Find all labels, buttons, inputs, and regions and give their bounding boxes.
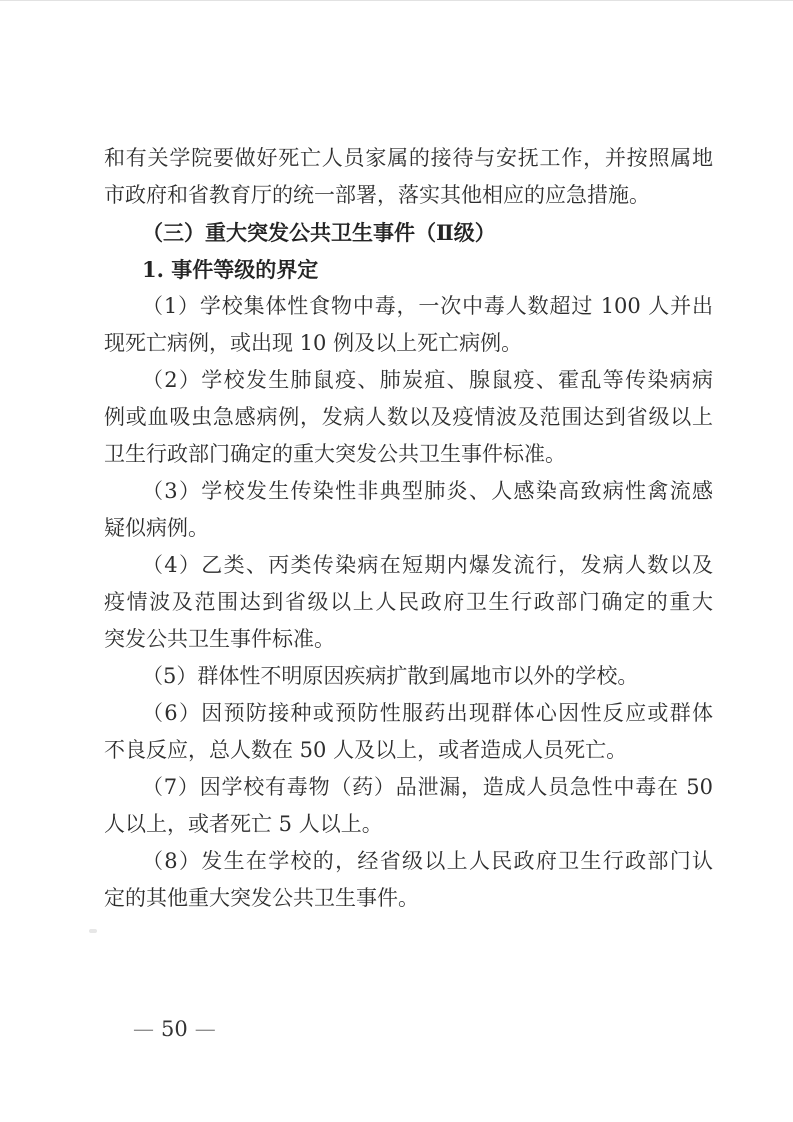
page-footer: —50— [133,1016,216,1042]
scan-artifact [89,929,97,933]
body-line: （7）因学校有毒物（药）品泄漏，造成人员急性中毒在 50 [104,769,713,806]
body-line: （2）学校发生肺鼠疫、肺炭疽、腺鼠疫、霍乱等传染病病 [104,362,713,399]
body-line: 疑似病例。 [104,510,713,547]
body-line: （3）学校发生传染性非典型肺炎、人感染高致病性禽流感 [104,473,713,510]
section-heading: （三）重大突发公共卫生事件（Ⅱ级） [104,214,713,251]
body-line: （4）乙类、丙类传染病在短期内爆发流行，发病人数以及 [104,547,713,584]
footer-dash-right: — [195,1017,216,1041]
body-line: 人以上，或者死亡 5 人以上。 [104,806,713,843]
body-line: 和有关学院要做好死亡人员家属的接待与安抚工作，并按照属地 [104,140,713,177]
document-page: 和有关学院要做好死亡人员家属的接待与安抚工作，并按照属地 市政府和省教育厅的统一… [0,0,793,1122]
body-line: 例或血吸虫急感病例，发病人数以及疫情波及范围达到省级以上 [104,399,713,436]
body-line: 定的其他重大突发公共卫生事件。 [104,880,713,917]
page-number: 50 [161,1017,188,1041]
body-line: 市政府和省教育厅的统一部署，落实其他相应的应急措施。 [104,177,713,214]
scan-edge-line [0,0,793,1]
body-line: （6）因预防接种或预防性服药出现群体心因性反应或群体 [104,695,713,732]
body-line: 不良反应，总人数在 50 人及以上，或者造成人员死亡。 [104,732,713,769]
body-line: 卫生行政部门确定的重大突发公共卫生事件标准。 [104,436,713,473]
body-line: （5）群体性不明原因疾病扩散到属地市以外的学校。 [104,658,713,695]
document-body: 和有关学院要做好死亡人员家属的接待与安抚工作，并按照属地 市政府和省教育厅的统一… [104,140,713,917]
body-line: （1）学校集体性食物中毒，一次中毒人数超过 100 人并出 [104,288,713,325]
body-line: 突发公共卫生事件标准。 [104,621,713,658]
body-line: （8）发生在学校的，经省级以上人民政府卫生行政部门认 [104,843,713,880]
subsection-heading: 1. 事件等级的界定 [104,251,713,288]
body-line: 疫情波及范围达到省级以上人民政府卫生行政部门确定的重大 [104,584,713,621]
footer-dash-left: — [133,1017,154,1041]
body-line: 现死亡病例，或出现 10 例及以上死亡病例。 [104,325,713,362]
